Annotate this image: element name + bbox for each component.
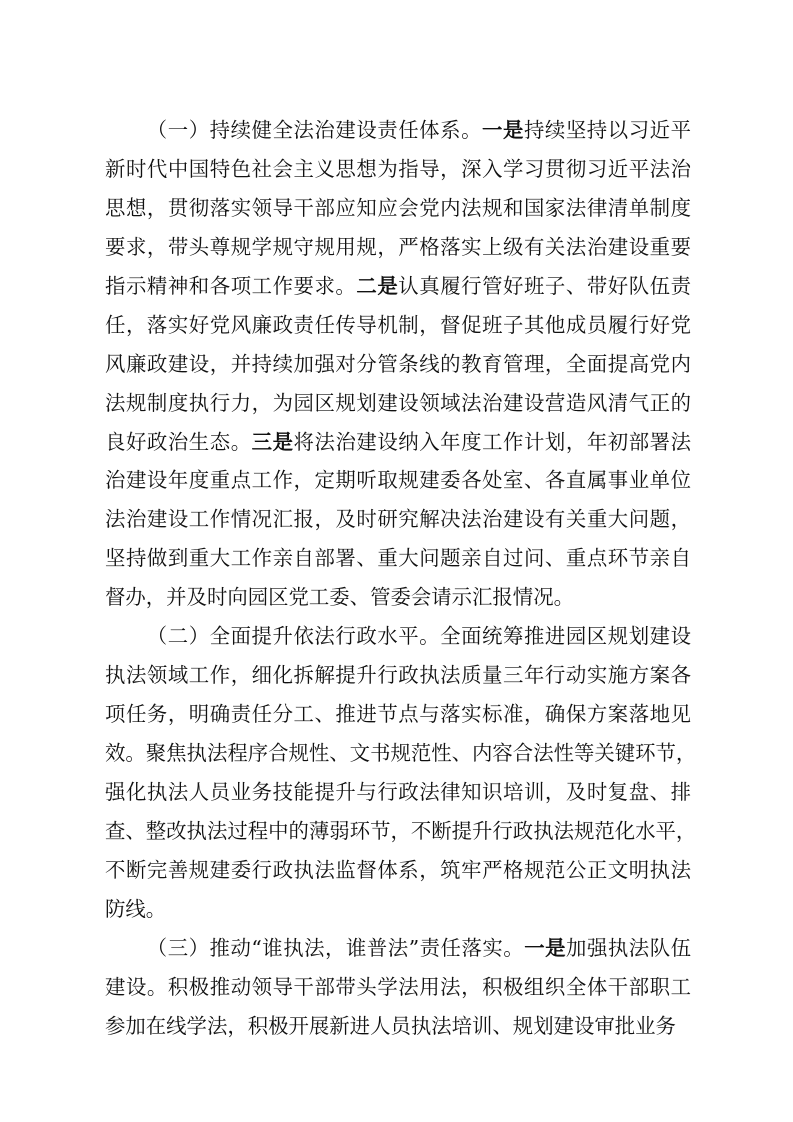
text-segment: （三）推动“谁执法，谁普法”责任落实。	[147, 936, 524, 960]
text-line: 执法领域工作，细化拆解提升行政执法质量三年行动实施方案各	[105, 656, 691, 695]
text-line: 查、整改执法过程中的薄弱环节，不断提升行政执法规范化水平，	[105, 812, 691, 851]
text-line: 新时代中国特色社会主义思想为指导，深入学习贯彻习近平法治	[105, 150, 691, 189]
text-line: 法规制度执行力，为园区规划建设领域法治建设营造风清气正的	[105, 384, 691, 423]
paragraph-section-3: （三）推动“谁执法，谁普法”责任落实。一是加强执法队伍建设。积极推动领导干部带头…	[105, 929, 691, 1046]
text-line: 任，落实好党风廉政责任传导机制，督促班子其他成员履行好党	[105, 306, 691, 345]
text-segment: 不断完善规建委行政执法监督体系，筑牢严格规范公正文明执法	[105, 858, 691, 882]
text-line: 建设。积极推动领导干部带头学法用法，积极组织全体干部职工	[105, 968, 691, 1007]
text-line: 防线。	[105, 890, 691, 929]
text-line: （二）全面提升依法行政水平。全面统筹推进园区规划建设	[105, 617, 691, 656]
text-segment: 指示精神和各项工作要求。	[105, 274, 356, 298]
text-segment: 思想，贯彻落实领导干部应知应会党内法规和国家法律清单制度	[105, 196, 691, 220]
text-line: 参加在线学法，积极开展新进人员执法培训、规划建设审批业务	[105, 1007, 691, 1046]
text-segment: 法治建设工作情况汇报，及时研究解决法治建设有关重大问题，	[105, 507, 691, 531]
text-line: （三）推动“谁执法，谁普法”责任落实。一是加强执法队伍	[105, 929, 691, 968]
text-segment: 督办，并及时向园区党工委、管委会请示汇报情况。	[105, 585, 574, 609]
text-segment: 治建设年度重点工作，定期听取规建委各处室、各直属事业单位	[105, 468, 691, 492]
text-line: 不断完善规建委行政执法监督体系，筑牢严格规范公正文明执法	[105, 851, 691, 890]
text-line: （一）持续健全法治建设责任体系。一是持续坚持以习近平	[105, 111, 691, 150]
text-line: 良好政治生态。三是将法治建设纳入年度工作计划，年初部署法	[105, 423, 691, 462]
document-body: （一）持续健全法治建设责任体系。一是持续坚持以习近平新时代中国特色社会主义思想为…	[105, 111, 691, 1046]
text-line: 督办，并及时向园区党工委、管委会请示汇报情况。	[105, 578, 691, 617]
text-segment: 持续坚持以习近平	[524, 118, 691, 142]
text-segment: 风廉政建设，并持续加强对分管条线的教育管理，全面提高党内	[105, 352, 691, 376]
text-line: 强化执法人员业务技能提升与行政法律知识培训，及时复盘、排	[105, 773, 691, 812]
text-segment: 坚持做到重大工作亲自部署、重大问题亲自过问、重点环节亲自	[105, 546, 691, 570]
text-segment: 将法治建设纳入年度工作计划，年初部署法	[294, 430, 691, 454]
text-segment: 执法领域工作，细化拆解提升行政执法质量三年行动实施方案各	[105, 663, 691, 687]
bold-lead-in: 二是	[356, 274, 398, 298]
paragraph-section-2: （二）全面提升依法行政水平。全面统筹推进园区规划建设执法领域工作，细化拆解提升行…	[105, 617, 691, 929]
text-segment: 任，落实好党风廉政责任传导机制，督促班子其他成员履行好党	[105, 313, 691, 337]
bold-lead-in: 一是	[482, 118, 524, 142]
text-segment: 良好政治生态。	[105, 430, 252, 454]
paragraph-section-1: （一）持续健全法治建设责任体系。一是持续坚持以习近平新时代中国特色社会主义思想为…	[105, 111, 691, 617]
text-segment: 新时代中国特色社会主义思想为指导，深入学习贯彻习近平法治	[105, 157, 691, 181]
document-page: （一）持续健全法治建设责任体系。一是持续坚持以习近平新时代中国特色社会主义思想为…	[0, 0, 793, 1122]
text-line: 风廉政建设，并持续加强对分管条线的教育管理，全面提高党内	[105, 345, 691, 384]
text-segment: 加强执法队伍	[566, 936, 691, 960]
text-segment: 强化执法人员业务技能提升与行政法律知识培训，及时复盘、排	[105, 780, 691, 804]
text-segment: 建设。积极推动领导干部带头学法用法，积极组织全体干部职工	[105, 975, 691, 999]
text-segment: 参加在线学法，积极开展新进人员执法培训、规划建设审批业务	[105, 1014, 676, 1038]
text-line: 法治建设工作情况汇报，及时研究解决法治建设有关重大问题，	[105, 500, 691, 539]
text-line: 坚持做到重大工作亲自部署、重大问题亲自过问、重点环节亲自	[105, 539, 691, 578]
text-segment: （一）持续健全法治建设责任体系。	[147, 118, 482, 142]
text-line: 效。聚焦执法程序合规性、文书规范性、内容合法性等关键环节，	[105, 734, 691, 773]
text-segment: 要求，带头尊规学规守规用规，严格落实上级有关法治建设重要	[105, 235, 691, 259]
bold-lead-in: 三是	[252, 430, 294, 454]
text-line: 要求，带头尊规学规守规用规，严格落实上级有关法治建设重要	[105, 228, 691, 267]
text-line: 指示精神和各项工作要求。二是认真履行管好班子、带好队伍责	[105, 267, 691, 306]
text-line: 项任务，明确责任分工、推进节点与落实标准，确保方案落地见	[105, 695, 691, 734]
text-segment: （二）全面提升依法行政水平。全面统筹推进园区规划建设	[147, 624, 691, 648]
text-segment: 效。聚焦执法程序合规性、文书规范性、内容合法性等关键环节，	[105, 741, 696, 765]
text-line: 思想，贯彻落实领导干部应知应会党内法规和国家法律清单制度	[105, 189, 691, 228]
text-segment: 项任务，明确责任分工、推进节点与落实标准，确保方案落地见	[105, 702, 691, 726]
text-segment: 法规制度执行力，为园区规划建设领域法治建设营造风清气正的	[105, 391, 691, 415]
text-line: 治建设年度重点工作，定期听取规建委各处室、各直属事业单位	[105, 461, 691, 500]
text-segment: 查、整改执法过程中的薄弱环节，不断提升行政执法规范化水平，	[105, 819, 696, 843]
text-segment: 防线。	[105, 897, 166, 921]
text-segment: 认真履行管好班子、带好队伍责	[398, 274, 691, 298]
bold-lead-in: 一是	[524, 936, 566, 960]
